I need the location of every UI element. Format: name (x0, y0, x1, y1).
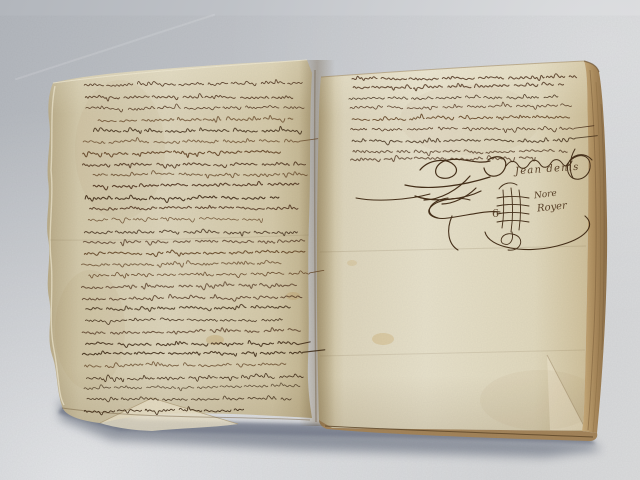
photograph-stage: Jean denis Nore Royer 6 (0, 0, 640, 480)
paper-grain-texture (45, 55, 610, 447)
manuscript-photo (0, 0, 640, 480)
